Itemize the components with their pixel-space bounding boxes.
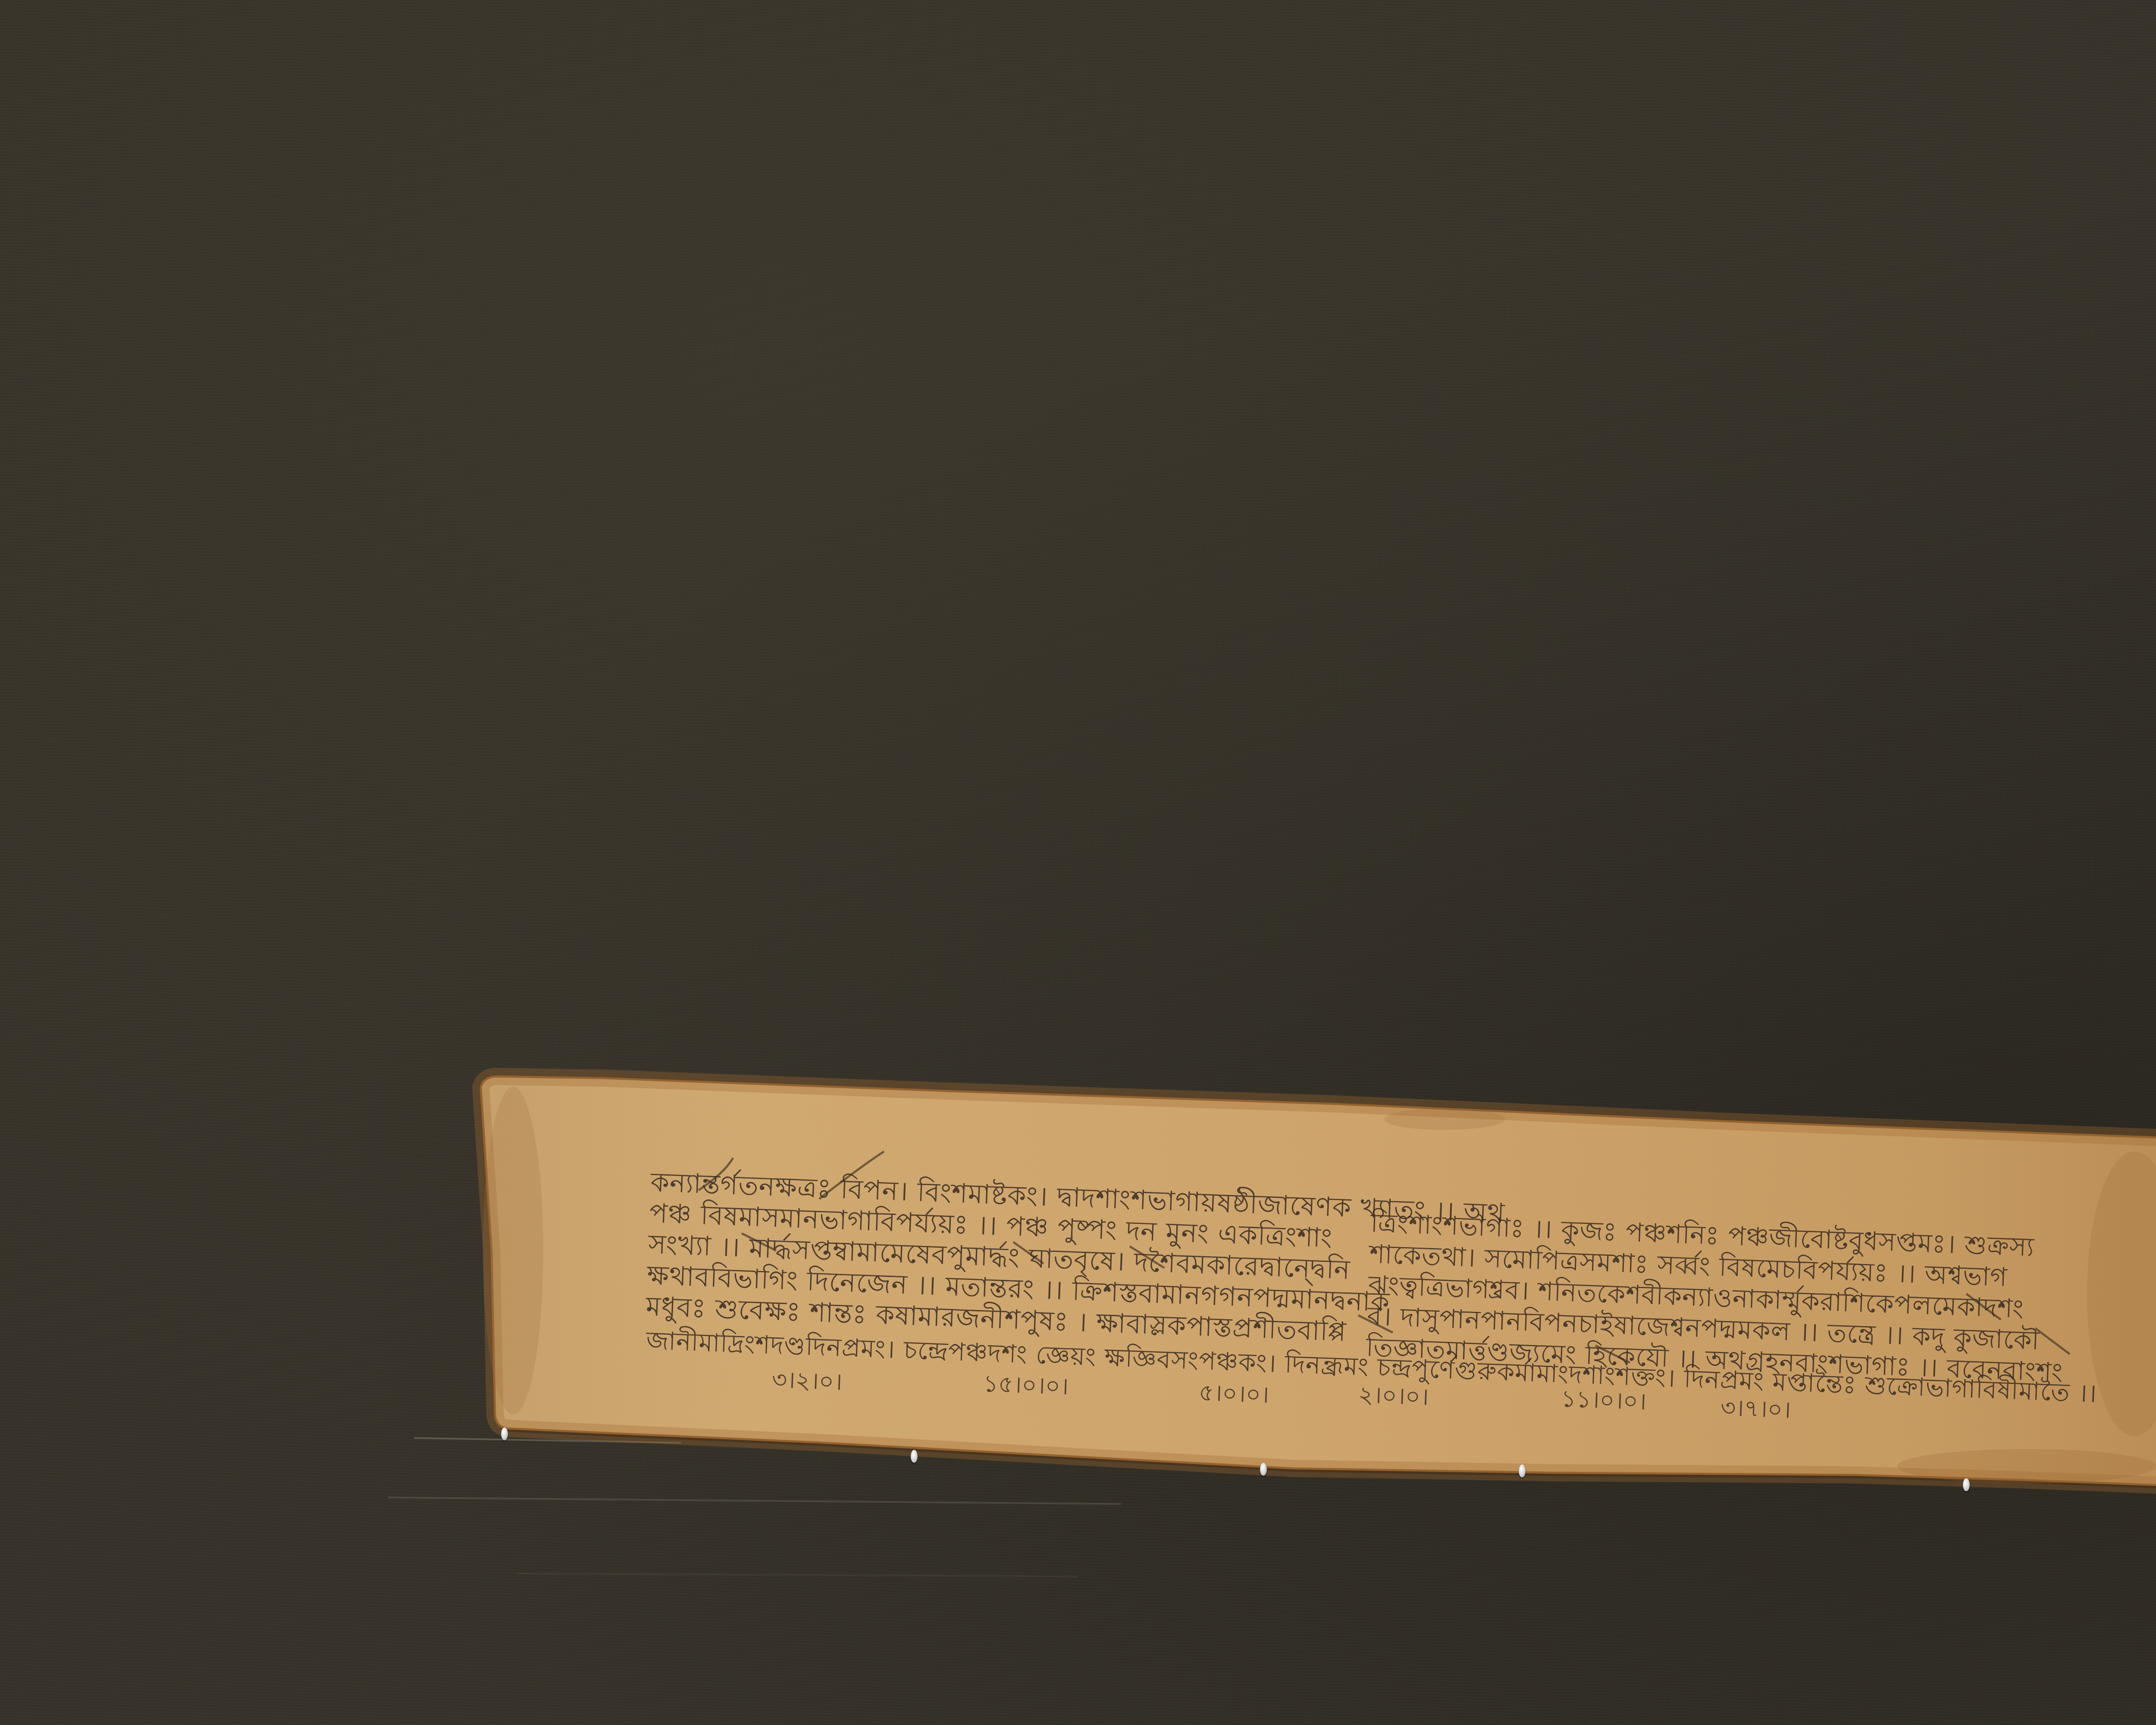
folio-paper	[0, 0, 2156, 1725]
mounting-pin	[501, 1427, 508, 1440]
numeral-annotation: ২।০।০।	[1357, 1377, 1429, 1418]
manuscript-folio: কন্যান্তর্গতনক্ষত্রঃ বিপন। বিংশমাষ্টকং। …	[0, 0, 2156, 1725]
numeral-annotation: ৫।০।০।	[1198, 1374, 1269, 1416]
numeral-annotation: ৩।৭।০।	[1720, 1389, 1791, 1431]
numeral-annotation: ৩।২।০।	[771, 1361, 843, 1403]
mounting-pin	[1963, 1478, 1970, 1491]
mounting-pin	[911, 1450, 918, 1463]
numeral-annotation: ১১।০।০।	[1560, 1381, 1647, 1423]
mounting-pin	[1519, 1465, 1526, 1477]
mounting-pin	[1260, 1463, 1267, 1476]
numeral-annotation: ১৫।০।০।	[982, 1366, 1069, 1408]
